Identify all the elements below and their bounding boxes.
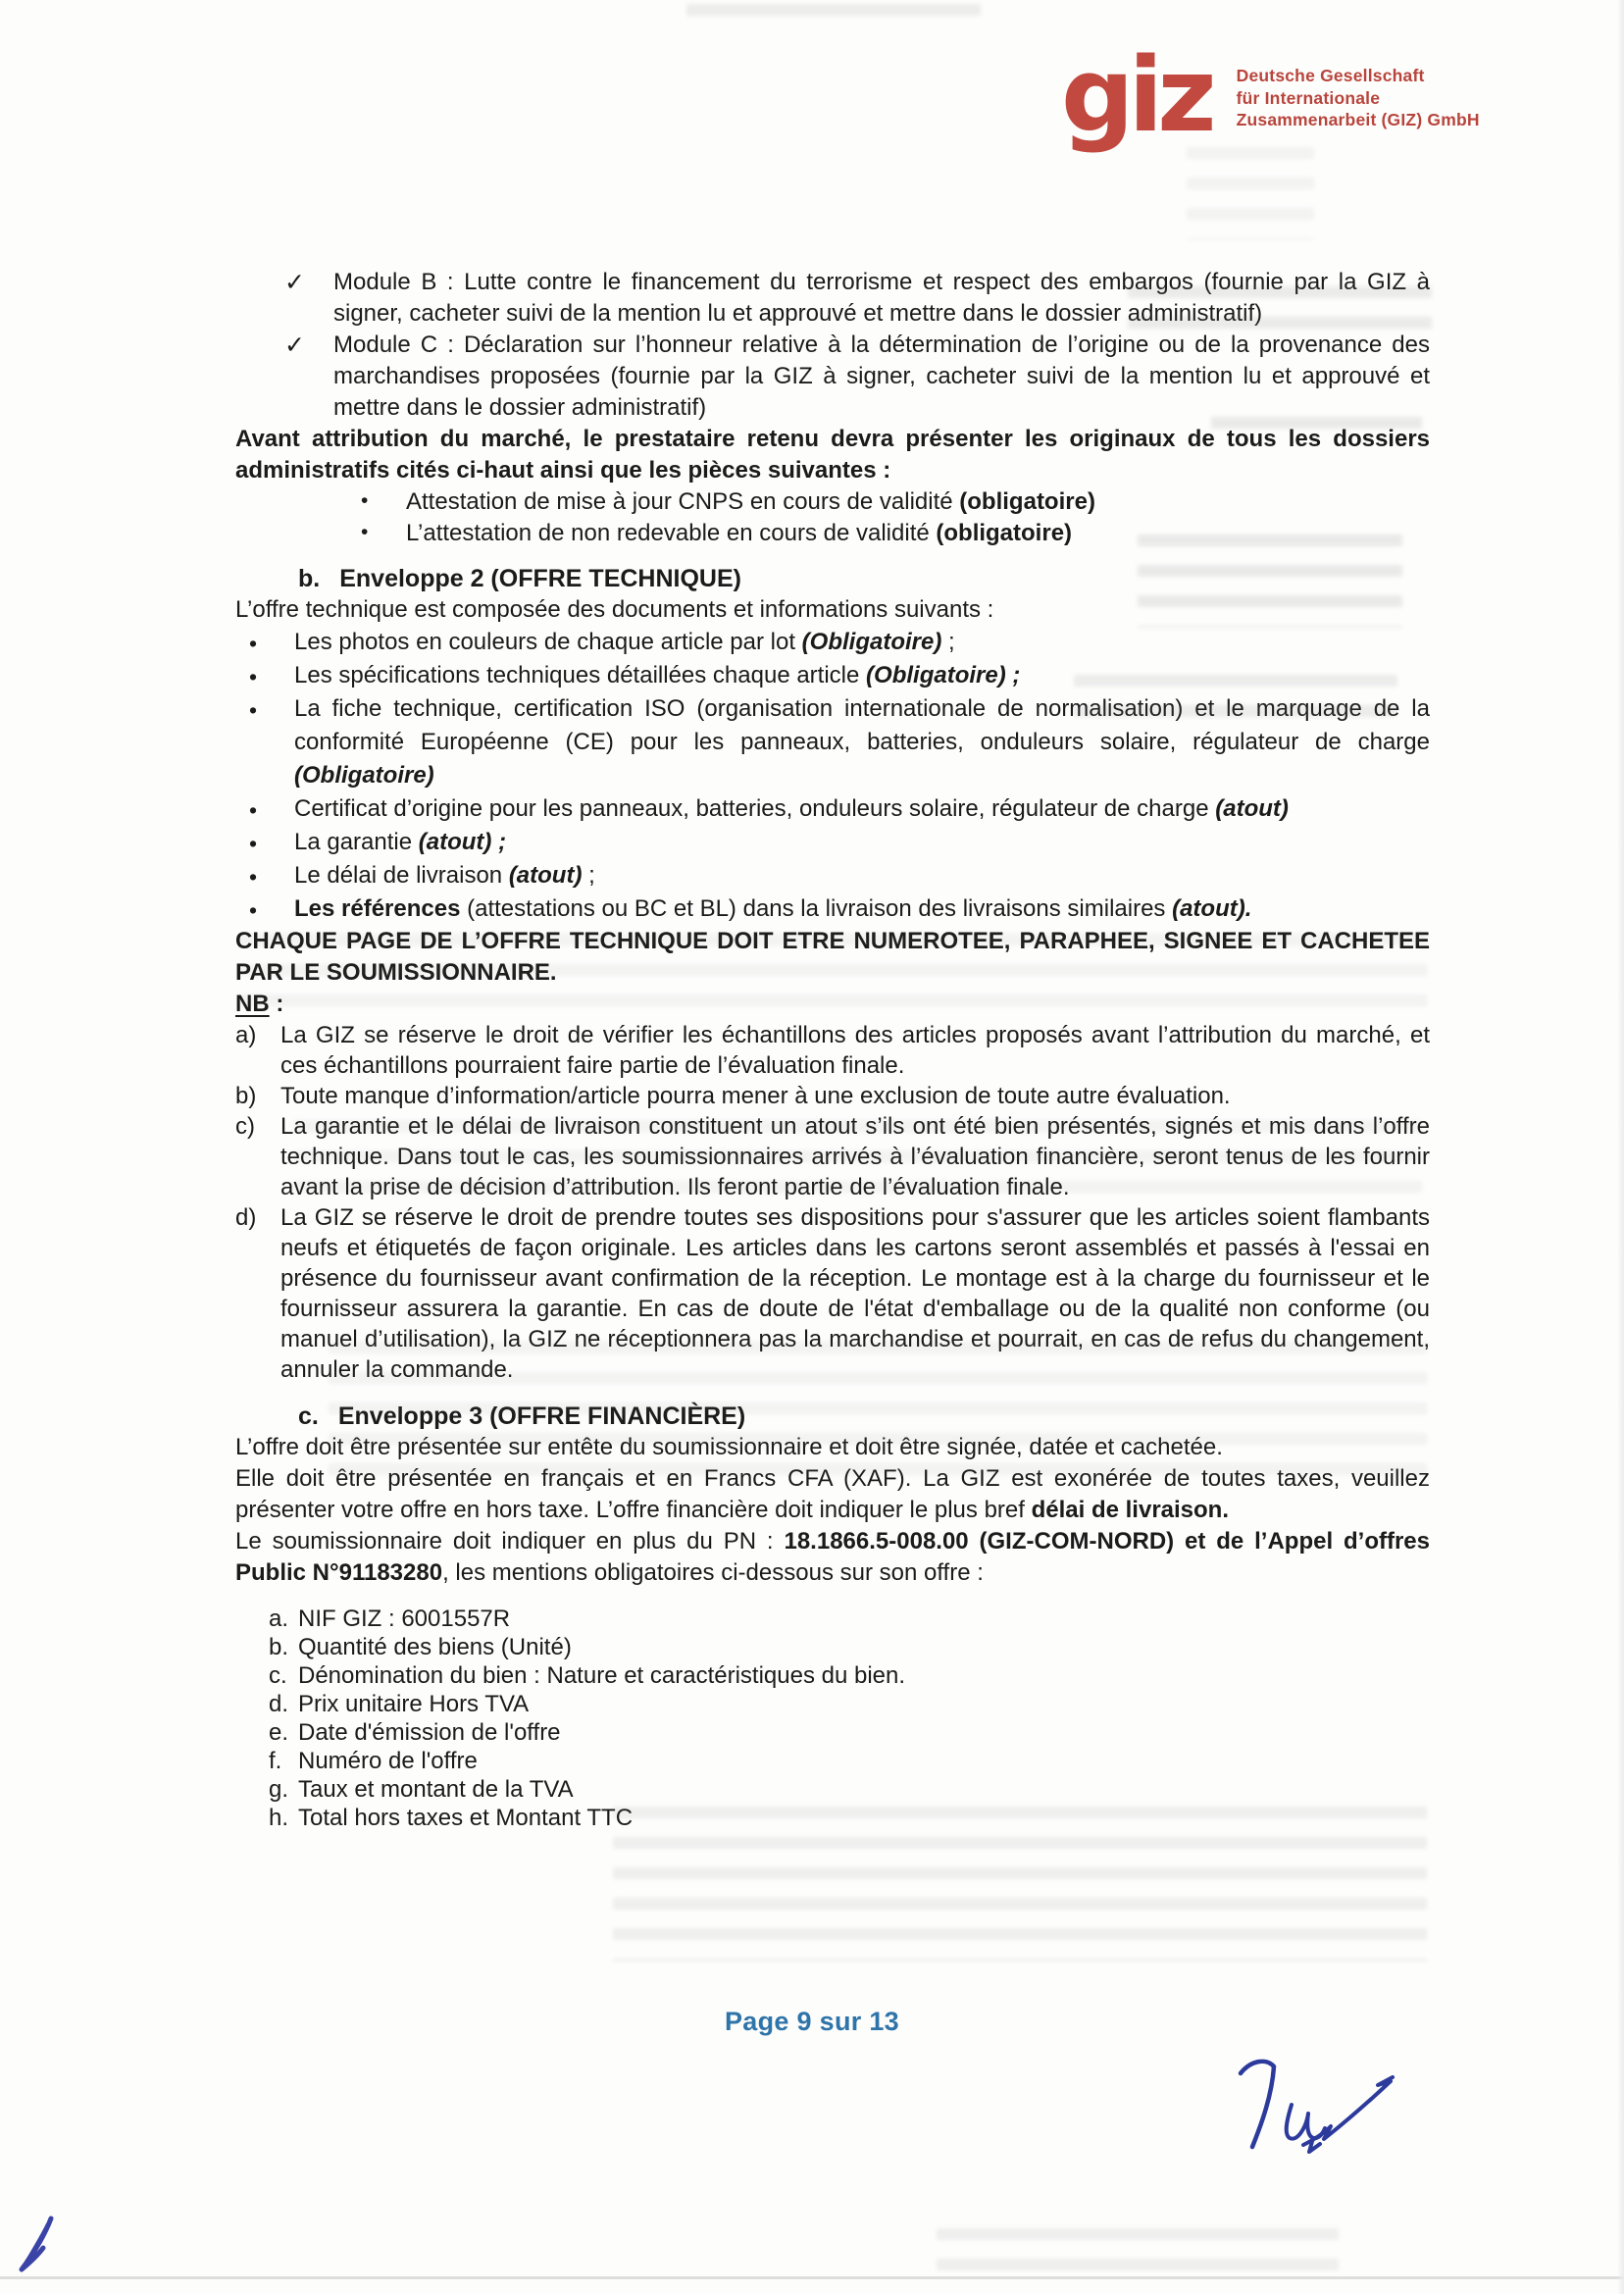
text-run: Les références [294, 895, 460, 922]
bleed-through-ghost [686, 4, 981, 29]
text-run: (atout) [1215, 795, 1289, 822]
giz-logo: giz Deutsche Gesellschaft für Internatio… [1061, 49, 1480, 143]
scan-edge-artifact [1617, 0, 1624, 2294]
list-marker: b. [269, 1633, 288, 1661]
text-run: L’attestation de non redevable en cours … [406, 520, 936, 546]
list-item-garantie: • La garantie (atout) ; [235, 826, 1430, 859]
bleed-through-ghost [329, 1342, 1427, 1489]
list-marker: g. [269, 1775, 288, 1804]
text-run: , les mentions obligatoires ci-dessous s… [442, 1559, 984, 1586]
text-run: délai de livraison. [1032, 1497, 1229, 1523]
text-run: ; [582, 862, 594, 889]
bleed-through-ghost [1138, 535, 1402, 628]
offer-item-quantite: b.Quantité des biens (Unité) [269, 1633, 1430, 1661]
text-run: ; [941, 629, 954, 655]
page-number-label: Page 9 sur 13 [725, 2007, 899, 2036]
text-run: (atout) [509, 862, 583, 889]
list-item-cnps: • Attestation de mise à jour CNPS en cou… [361, 486, 1430, 518]
text-run: Toute manque d’information/article pourr… [280, 1083, 1231, 1109]
text-run: (obligatoire) [936, 520, 1072, 546]
text-run: Taux et montant de la TVA [298, 1776, 574, 1803]
list-marker: f. [269, 1747, 281, 1775]
scanned-document-page: giz Deutsche Gesellschaft für Internatio… [0, 0, 1624, 2294]
nb-item-b: b) Toute manque d’information/article po… [235, 1081, 1430, 1111]
bullet-icon: • [249, 627, 257, 660]
text-run: (obligatoire) [959, 488, 1095, 515]
text-run: Certificat d’origine pour les panneaux, … [294, 795, 1215, 822]
text-run: NIF GIZ : 6001557R [298, 1606, 510, 1632]
text-run: Les photos en couleurs de chaque article… [294, 629, 802, 655]
offer-item-nif: a.NIF GIZ : 6001557R [269, 1605, 1430, 1633]
text-run: Numéro de l'offre [298, 1748, 478, 1774]
bleed-through-ghost [294, 1120, 1422, 1203]
text-run: Total hors taxes et Montant TTC [298, 1805, 633, 1831]
text-run: (Obligatoire) [294, 762, 434, 789]
offer-item-denomination: c.Dénomination du bien : Nature et carac… [269, 1661, 1430, 1690]
bullet-icon: • [249, 893, 257, 927]
tagline-line: Zusammenarbeit (GIZ) GmbH [1237, 109, 1480, 131]
text-run: Prix unitaire Hors TVA [298, 1691, 529, 1717]
bullet-icon: • [361, 485, 368, 517]
section-letter: c. [298, 1401, 319, 1432]
text-run: (atout). [1172, 895, 1251, 922]
bleed-through-ghost [240, 934, 1427, 1020]
technical-offer-list: • Les photos en couleurs de chaque artic… [235, 626, 1430, 926]
list-marker: a. [269, 1605, 288, 1633]
text-run: Date d'émission de l'offre [298, 1719, 561, 1746]
list-item-photos: • Les photos en couleurs de chaque artic… [235, 626, 1430, 659]
text-run: (Obligatoire) ; [866, 662, 1020, 688]
giz-logo-tagline: Deutsche Gesellschaft für Internationale… [1237, 65, 1480, 131]
offer-item-taux-tva: g.Taux et montant de la TVA [269, 1775, 1430, 1804]
bullet-icon: • [249, 660, 257, 693]
bullet-icon: • [249, 693, 257, 727]
list-marker: c) [235, 1111, 255, 1142]
giz-logo-wordmark: giz [1061, 49, 1211, 143]
checkmark-icon: ✓ [284, 267, 305, 298]
page-number-footer: Page 9 sur 13 [0, 2007, 1624, 2037]
section-title: Enveloppe 2 (OFFRE TECHNIQUE) [339, 565, 741, 592]
text-run: La GIZ se réserve le droit de vérifier l… [280, 1022, 1430, 1079]
bleed-through-ghost [937, 2228, 1339, 2275]
bleed-through-ghost [1211, 417, 1422, 442]
list-marker: d. [269, 1690, 288, 1718]
list-marker: d) [235, 1202, 256, 1233]
tagline-line: für Internationale [1237, 87, 1480, 110]
bleed-through-ghost [1074, 675, 1397, 732]
text-run: Le délai de livraison [294, 862, 509, 889]
bleed-through-ghost [1128, 286, 1432, 343]
pen-checkmark-ink [12, 2211, 67, 2293]
list-marker: b) [235, 1081, 256, 1111]
text-run: (attestations ou BC et BL) dans la livra… [460, 895, 1172, 922]
tagline-line: Deutsche Gesellschaft [1237, 65, 1480, 87]
bleed-through-ghost [613, 1807, 1427, 1962]
text-run: Module C : Déclaration sur l’honneur rel… [333, 331, 1430, 421]
text-run: Quantité des biens (Unité) [298, 1634, 572, 1660]
list-item-references: • Les références (attestations ou BC et … [235, 892, 1430, 926]
nb-item-a: a) La GIZ se réserve le droit de vérifie… [235, 1020, 1430, 1081]
signature-ink [1229, 2046, 1415, 2183]
bullet-icon: • [249, 827, 257, 860]
bullet-icon: • [249, 793, 257, 827]
offer-item-numero-offre: f.Numéro de l'offre [269, 1747, 1430, 1775]
text-run: Dénomination du bien : Nature et caracté… [298, 1662, 905, 1689]
bullet-icon: • [361, 517, 368, 548]
scan-edge-artifact [0, 2276, 1624, 2279]
offer-mentions-list: a.NIF GIZ : 6001557R b.Quantité des bien… [269, 1605, 1430, 1832]
text-run: Attestation de mise à jour CNPS en cours… [406, 488, 959, 515]
checklist-item-module-c: ✓ Module C : Déclaration sur l’honneur r… [235, 330, 1430, 424]
section-letter: b. [298, 563, 320, 594]
list-marker: h. [269, 1804, 288, 1832]
text-run: Les spécifications techniques détaillées… [294, 662, 866, 688]
list-item-certificat-origine: • Certificat d’origine pour les panneaux… [235, 792, 1430, 826]
text-run: (atout) ; [419, 829, 506, 855]
list-marker: e. [269, 1718, 288, 1747]
text-run: Le soumissionnaire doit indiquer en plus… [235, 1528, 784, 1555]
checkmark-icon: ✓ [284, 330, 305, 361]
enveloppe-3-paragraph-3: Le soumissionnaire doit indiquer en plus… [235, 1526, 1430, 1589]
document-body: ✓ Module B : Lutte contre le financement… [235, 267, 1430, 1832]
text-run: (Obligatoire) [802, 629, 942, 655]
list-item-delai-livraison: • Le délai de livraison (atout) ; [235, 859, 1430, 892]
bleed-through-ghost [1187, 147, 1314, 240]
text-run: La garantie [294, 829, 419, 855]
offer-item-prix-unitaire: d.Prix unitaire Hors TVA [269, 1690, 1430, 1718]
list-marker: c. [269, 1661, 287, 1690]
bullet-icon: • [249, 860, 257, 893]
offer-item-date-emission: e.Date d'émission de l'offre [269, 1718, 1430, 1747]
list-marker: a) [235, 1020, 256, 1050]
